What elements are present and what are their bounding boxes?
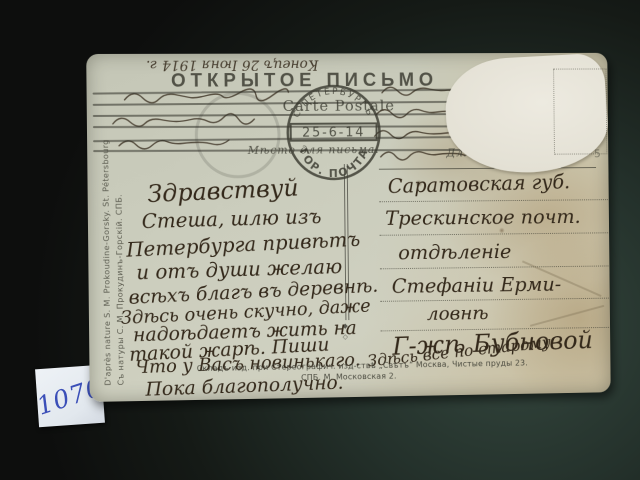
svg-text:С.ПЕТЕРБУРГЪ: С.ПЕТЕРБУРГЪ: [292, 87, 375, 120]
address-line: отдѣленіе: [398, 241, 511, 262]
publisher-imprint-russian: Съ натуры С. М. Прокудинъ-Горскій. СПБ.: [115, 194, 126, 386]
svg-text:ГОР. ПОЧТА: ГОР. ПОЧТА: [297, 146, 372, 180]
postmark-date: 25-6-14: [302, 125, 365, 140]
paper-crease: [530, 305, 604, 326]
address-line: Стефаніи Ерми-: [392, 274, 562, 296]
address-rule: [380, 264, 609, 269]
edge-postmark: [571, 95, 611, 242]
publisher-imprint-french: D'après nature S. M. Prokoudine-Gorsky. …: [101, 139, 113, 385]
address-line: Саратовская губ.: [388, 172, 571, 196]
address-recipient: Г-жѣ Бубновой: [392, 327, 593, 358]
faint-postmark: [192, 89, 284, 181]
postmark: 25-6-14 С.ПЕТЕРБУРГЪ ГОР. ПОЧТА: [283, 82, 384, 183]
address-line: Трескинское почт.: [385, 206, 581, 228]
edge-postmark-fragment: 5: [594, 148, 601, 159]
address-line: ловнѣ: [427, 304, 489, 324]
postmark-city-bottom: ГОР. ПОЧТА: [297, 146, 372, 180]
postcard: Конецъ 26 Іюня 1914 г. ОТКРЫТОЕ ПИСЬМО C…: [86, 53, 611, 402]
message-line: Стеша, шлю изъ: [141, 206, 321, 231]
photo-backdrop: 1070 Конецъ 26 Іюня 1914 г. ОТКРЫТОЕ ПИС…: [0, 0, 640, 480]
message-line: Здравствуй: [147, 176, 299, 206]
postmark-city-top: С.ПЕТЕРБУРГЪ: [292, 87, 375, 120]
